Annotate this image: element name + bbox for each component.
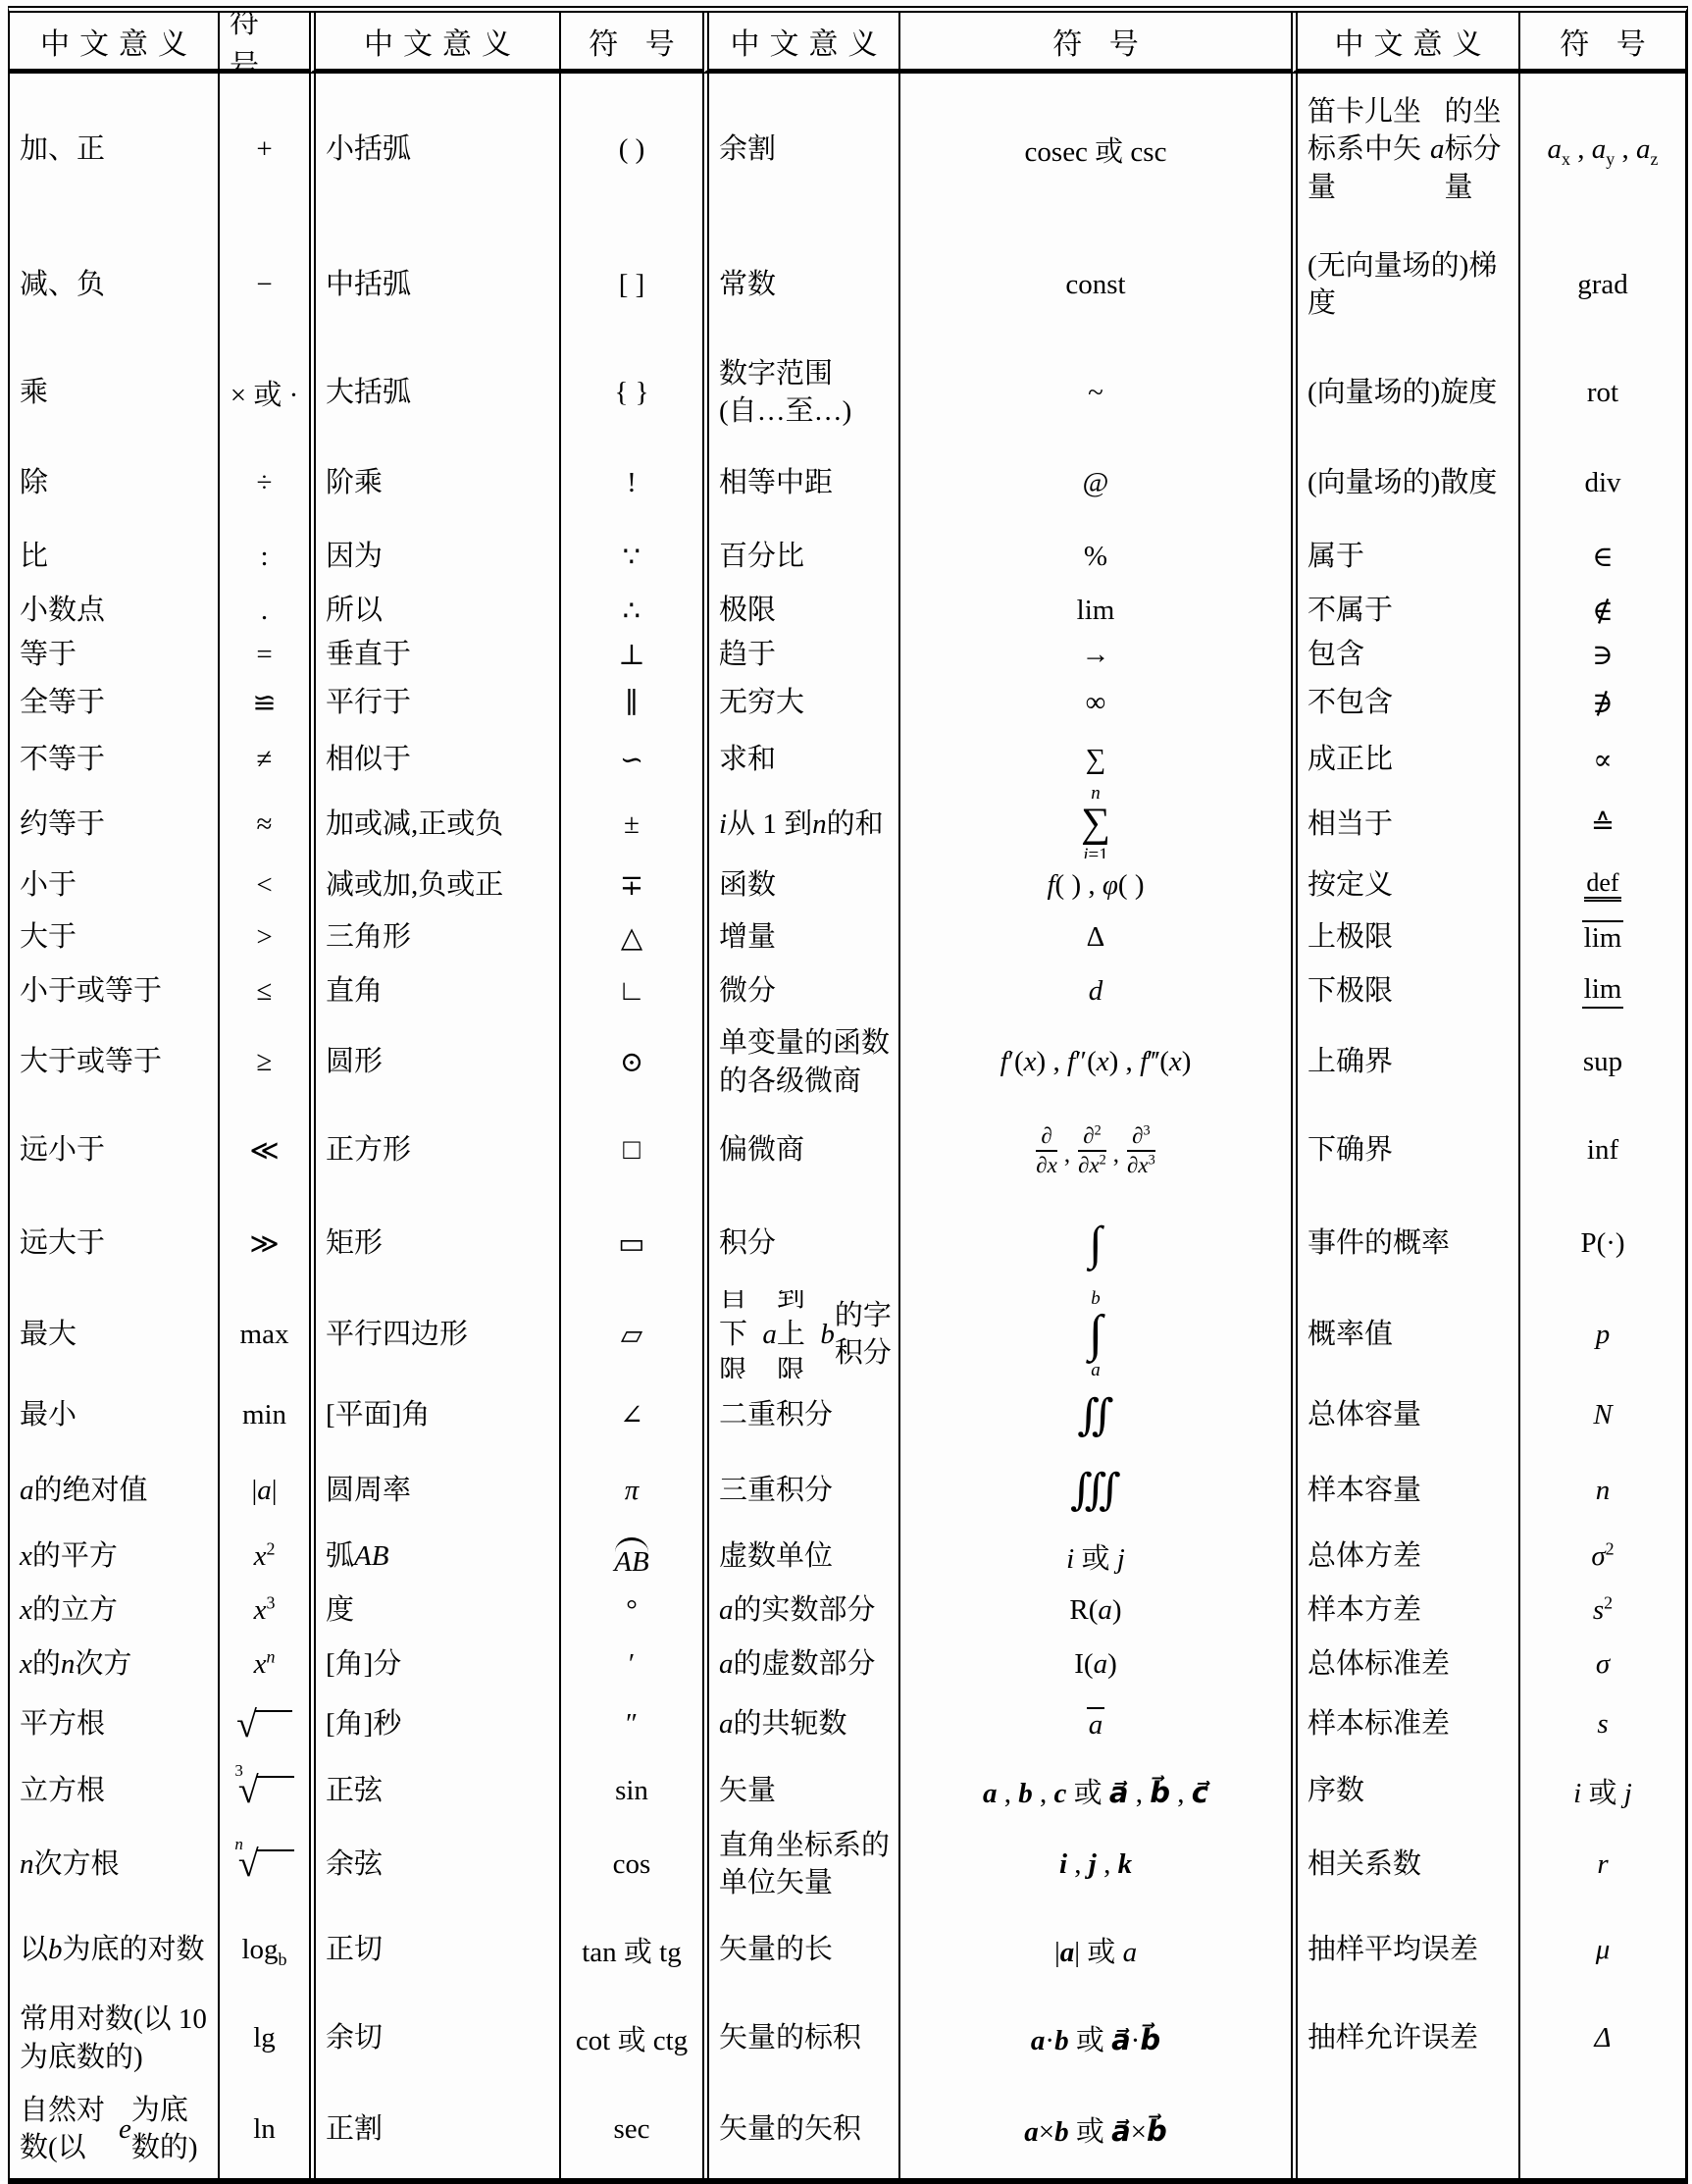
meaning-cell: 自下限 a 到上限 b 的字积分: [702, 1290, 898, 1378]
symbol-cell: ≈: [218, 790, 309, 858]
symbol-cell: p: [1518, 1290, 1685, 1378]
meaning-cell: 抽样允许误差: [1291, 1997, 1518, 2080]
symbol-cell: >: [218, 912, 309, 962]
meaning-cell: 常用对数(以 10 为底数的): [10, 1997, 218, 2080]
radical-symbol: 3√: [234, 1772, 293, 1809]
symbol-text: ∥: [625, 686, 638, 720]
symbol-cell: ▭: [559, 1197, 702, 1290]
symbol-cell: a: [898, 1692, 1291, 1756]
symbol-cell: d: [898, 962, 1291, 1020]
symbol-cell: ≥: [218, 1020, 309, 1104]
meaning-cell: x 的立方: [10, 1585, 218, 1636]
meaning-cell: [平面]角: [309, 1378, 559, 1452]
meaning-cell: 立方根: [10, 1756, 218, 1825]
meaning-cell: a 的绝对值: [10, 1452, 218, 1529]
symbol-text: max: [240, 1319, 289, 1351]
meaning-cell: 远小于: [10, 1104, 218, 1197]
symbol-cell: ∝: [1518, 729, 1685, 790]
meaning-cell: 相关系数: [1291, 1825, 1518, 1903]
meaning-cell: 矢量: [702, 1756, 898, 1825]
meaning-cell: 乘: [10, 343, 218, 442]
symbol-cell: ≫: [218, 1197, 309, 1290]
symbol-cell: grad: [1518, 226, 1685, 343]
symbol-cell: σ: [1518, 1636, 1685, 1692]
symbol-text: p: [1596, 1319, 1611, 1351]
partial-derivative-symbols: ∂∂x,∂2∂x2,∂3∂x3: [1029, 1122, 1162, 1178]
symbol-text: ≥: [257, 1046, 273, 1078]
meaning-cell: 相等中距: [702, 442, 898, 525]
meaning-cell: 样本方差: [1291, 1585, 1518, 1636]
symbol-cell: |a|: [218, 1452, 309, 1529]
meaning-cell: x 的平方: [10, 1529, 218, 1585]
symbol-text: ⊥: [618, 638, 644, 672]
symbol-text: →: [1082, 639, 1110, 671]
symbol-cell: ∈: [1518, 525, 1685, 589]
symbol-cell: °: [559, 1585, 702, 1636]
symbol-text: f′(x) , f″(x) , f‴(x): [1000, 1046, 1192, 1078]
symbol-text: min: [242, 1399, 286, 1431]
symbol-cell: π: [559, 1452, 702, 1529]
symbol-cell: const: [898, 226, 1291, 343]
meaning-cell: 直角: [309, 962, 559, 1020]
meaning-cell: 平行四边形: [309, 1290, 559, 1378]
math-symbols-table: 中文意义符 号中文意义符 号中文意义符 号中文意义符 号加、正+小括弧( )余割…: [8, 6, 1688, 2184]
meaning-cell: 常数: [702, 226, 898, 343]
meaning-cell: 矢量的标积: [702, 1997, 898, 2080]
meaning-cell: 样本容量: [1291, 1452, 1518, 1529]
symbol-text: ( ): [619, 133, 645, 166]
symbol-text: |a|: [251, 1475, 277, 1507]
symbol-text: ▭: [618, 1226, 644, 1261]
symbol-text: Δ: [1087, 921, 1105, 954]
meaning-cell: 无穷大: [702, 677, 898, 729]
meaning-cell: 积分: [702, 1197, 898, 1290]
meaning-cell: 最小: [10, 1378, 218, 1452]
symbol-text: □: [623, 1134, 641, 1167]
meaning-cell: 笛卡儿坐标系中矢量 a 的坐标分量: [1291, 74, 1518, 226]
symbol-text: ≠: [257, 744, 273, 776]
meaning-cell: 远大于: [10, 1197, 218, 1290]
symbol-cell: =: [218, 633, 309, 677]
symbol-cell: Δ: [898, 912, 1291, 962]
symbol-cell: σ2: [1518, 1529, 1685, 1585]
symbol-text: %: [1084, 541, 1107, 573]
symbol-cell: ∫: [898, 1197, 1291, 1290]
symbol-cell: ~: [898, 343, 1291, 442]
symbol-text: cos: [613, 1848, 651, 1881]
symbol-cell: ∞: [898, 677, 1291, 729]
symbol-text: cosec 或 csc: [1025, 130, 1167, 170]
meaning-cell: 圆形: [309, 1020, 559, 1104]
symbol-text: ∵: [623, 540, 641, 574]
symbol-cell: ▱: [559, 1290, 702, 1378]
symbol-text: ≌: [252, 686, 276, 720]
symbol-text: N: [1593, 1399, 1612, 1431]
symbol-text: ≈: [257, 808, 273, 841]
symbol-text: Δ: [1594, 2022, 1611, 2054]
symbol-cell: ∌: [1518, 677, 1685, 729]
symbol-text: :: [260, 541, 268, 573]
symbol-cell: i 或 j: [1518, 1756, 1685, 1825]
symbol-cell: div: [1518, 442, 1685, 525]
meaning-cell: 成正比: [1291, 729, 1518, 790]
meaning-cell: 样本标准差: [1291, 1692, 1518, 1756]
symbol-cell: lg: [218, 1997, 309, 2080]
meaning-cell: 因为: [309, 525, 559, 589]
scanned-document-page: 中文意义符 号中文意义符 号中文意义符 号中文意义符 号加、正+小括弧( )余割…: [0, 0, 1692, 2181]
symbol-cell: def: [1518, 858, 1685, 912]
symbol-cell: ∑: [898, 729, 1291, 790]
meaning-cell: 减或加,负或正: [309, 858, 559, 912]
meaning-cell: 余弦: [309, 1825, 559, 1903]
meaning-cell: 相当于: [1291, 790, 1518, 858]
symbol-text: a·b 或 a⃗·b⃗: [1031, 2018, 1160, 2058]
symbol-cell: ∠: [559, 1378, 702, 1452]
symbol-cell: @: [898, 442, 1291, 525]
meaning-cell: [角]分: [309, 1636, 559, 1692]
symbol-cell: ∥: [559, 677, 702, 729]
symbol-text: △: [621, 920, 642, 955]
symbol-cell: ≪: [218, 1104, 309, 1197]
symbol-cell: Δ: [1518, 1997, 1685, 2080]
symbol-text: R(a): [1069, 1594, 1121, 1627]
symbol-text: sec: [613, 2113, 649, 2146]
meaning-cell: i 从 1 到 n 的和: [702, 790, 898, 858]
meaning-cell: 所以: [309, 589, 559, 633]
def-equals-symbol: def: [1584, 869, 1620, 901]
symbol-cell: □: [559, 1104, 702, 1197]
symbol-text: { }: [614, 377, 648, 409]
symbol-text: tan 或 tg: [582, 1930, 682, 1970]
symbol-text: σ2: [1591, 1540, 1614, 1573]
arc-over-AB-symbol: AB: [614, 1537, 648, 1577]
meaning-cell: 抽样平均误差: [1291, 1903, 1518, 1997]
meaning-cell: a 的共轭数: [702, 1692, 898, 1756]
meaning-cell: 矩形: [309, 1197, 559, 1290]
radical-symbol: √: [236, 1706, 292, 1743]
symbol-text: ≫: [249, 1226, 279, 1261]
symbol-text: sup: [1583, 1046, 1622, 1078]
meaning-cell: 二重积分: [702, 1378, 898, 1452]
symbol-cell: ( ): [559, 74, 702, 226]
meaning-cell: 属于: [1291, 525, 1518, 589]
symbol-text: ≤: [257, 975, 273, 1008]
meaning-cell: 极限: [702, 589, 898, 633]
symbol-cell: .: [218, 589, 309, 633]
column-header: 符 号: [559, 13, 702, 74]
symbol-cell: ∵: [559, 525, 702, 589]
integral-symbol: ∭: [1070, 1469, 1121, 1512]
symbol-text: logb: [241, 1934, 286, 1966]
symbol-cell: xn: [218, 1636, 309, 1692]
meaning-cell: 约等于: [10, 790, 218, 858]
symbol-cell: inf: [1518, 1104, 1685, 1197]
symbol-text: ∞: [1086, 687, 1106, 719]
symbol-cell: ∟: [559, 962, 702, 1020]
symbol-cell: N: [1518, 1378, 1685, 1452]
meaning-cell: 全等于: [10, 677, 218, 729]
stacked-symbol: n∑i=1: [1081, 790, 1110, 858]
meaning-cell: 上确界: [1291, 1020, 1518, 1104]
symbol-text: !: [627, 467, 637, 499]
symbol-text: ≪: [249, 1133, 279, 1168]
symbol-text: ax , ay , az: [1548, 133, 1659, 166]
column-header: 中文意义: [702, 13, 898, 74]
symbol-cell: [ ]: [559, 226, 702, 343]
meaning-cell: 总体方差: [1291, 1529, 1518, 1585]
symbol-text: I(a): [1074, 1648, 1117, 1681]
symbol-cell: μ: [1518, 1903, 1685, 1997]
meaning-cell: 下确界: [1291, 1104, 1518, 1197]
meaning-cell: n 次方根: [10, 1825, 218, 1903]
meaning-cell: 三重积分: [702, 1452, 898, 1529]
symbol-cell: ″: [559, 1692, 702, 1756]
symbol-cell: rot: [1518, 343, 1685, 442]
symbol-text: +: [256, 133, 272, 166]
meaning-cell: 小于或等于: [10, 962, 218, 1020]
symbol-text: ∈: [1592, 540, 1613, 574]
symbol-cell: ′: [559, 1636, 702, 1692]
meaning-cell: 加、正: [10, 74, 218, 226]
column-header: 中文意义: [1291, 13, 1518, 74]
symbol-text: div: [1584, 467, 1620, 499]
symbol-cell: a , b , c 或 a⃗ , b⃗ , c⃗: [898, 1756, 1291, 1825]
symbol-text: <: [256, 869, 272, 902]
symbol-text: ″: [626, 1708, 638, 1741]
symbol-text: ▱: [621, 1318, 642, 1352]
symbol-text: ln: [253, 2113, 276, 2146]
meaning-cell: 下极限: [1291, 962, 1518, 1020]
meaning-cell: 函数: [702, 858, 898, 912]
symbol-text: rot: [1587, 377, 1618, 409]
symbol-cell: cos: [559, 1825, 702, 1903]
meaning-cell: x 的 n 次方: [10, 1636, 218, 1692]
symbol-cell: n∑i=1: [898, 790, 1291, 858]
symbol-text: xn: [254, 1648, 276, 1681]
meaning-cell: 包含: [1291, 633, 1518, 677]
symbol-cell: x3: [218, 1585, 309, 1636]
symbol-cell: x2: [218, 1529, 309, 1585]
meaning-cell: 最大: [10, 1290, 218, 1378]
meaning-cell: 不属于: [1291, 589, 1518, 633]
symbol-cell: △: [559, 912, 702, 962]
symbol-cell: %: [898, 525, 1291, 589]
symbol-cell: ∬: [898, 1378, 1291, 1452]
meaning-cell: 除: [10, 442, 218, 525]
symbol-text: σ: [1596, 1648, 1610, 1681]
meaning-cell: 余切: [309, 1997, 559, 2080]
column-header: 中文意义: [309, 13, 559, 74]
symbol-text: grad: [1577, 269, 1628, 301]
symbol-text: × 或 ·: [231, 373, 299, 413]
meaning-cell: 自然对数(以 e 为底数的): [10, 2080, 218, 2178]
meaning-cell: 总体标准差: [1291, 1636, 1518, 1692]
symbol-cell: ∋: [1518, 633, 1685, 677]
meaning-cell: 加或减,正或负: [309, 790, 559, 858]
symbol-text: =: [256, 639, 272, 671]
meaning-cell: 弧 AB: [309, 1529, 559, 1585]
symbol-cell: n: [1518, 1452, 1685, 1529]
symbol-text: i 或 j: [1066, 1536, 1125, 1577]
symbol-cell: a·b 或 a⃗·b⃗: [898, 1997, 1291, 2080]
symbol-cell: →: [898, 633, 1291, 677]
meaning-cell: 比: [10, 525, 218, 589]
meaning-cell: 矢量的长: [702, 1903, 898, 1997]
symbol-cell: ÷: [218, 442, 309, 525]
symbol-text: ′: [629, 1648, 635, 1681]
meaning-cell: 不等于: [10, 729, 218, 790]
symbol-text: ∋: [1592, 638, 1613, 672]
symbol-cell: ∴: [559, 589, 702, 633]
column-header: 中文意义: [10, 13, 218, 74]
meaning-cell: (向量场的)散度: [1291, 442, 1518, 525]
symbol-text: lim: [1077, 595, 1115, 627]
meaning-cell: 等于: [10, 633, 218, 677]
symbol-text: sin: [615, 1775, 648, 1807]
symbol-text: ⊙: [620, 1045, 643, 1079]
symbol-cell: i 或 j: [898, 1529, 1291, 1585]
symbol-text: n: [1596, 1475, 1611, 1507]
meaning-cell: a 的实数部分: [702, 1585, 898, 1636]
meaning-cell: 大括弧: [309, 343, 559, 442]
meaning-cell: [1291, 2080, 1518, 2178]
meaning-cell: 相似于: [309, 729, 559, 790]
symbol-text: r: [1597, 1848, 1608, 1881]
symbol-cell: lim: [1518, 962, 1685, 1020]
symbol-text: P(·): [1580, 1227, 1624, 1260]
meaning-cell: 三角形: [309, 912, 559, 962]
symbol-text: ∠: [620, 1398, 643, 1432]
meaning-cell: 求和: [702, 729, 898, 790]
symbol-text: μ: [1596, 1934, 1611, 1966]
meaning-cell: 垂直于: [309, 633, 559, 677]
meaning-cell: 余割: [702, 74, 898, 226]
symbol-text: @: [1083, 467, 1109, 499]
symbol-cell: max: [218, 1290, 309, 1378]
symbol-text: a×b 或 a⃗×b⃗: [1024, 2109, 1167, 2150]
symbol-cell: ⊥: [559, 633, 702, 677]
symbol-cell: ax , ay , az: [1518, 74, 1685, 226]
symbol-cell: ∓: [559, 858, 702, 912]
symbol-text: a: [1087, 1707, 1105, 1742]
symbol-cell: ⊙: [559, 1020, 702, 1104]
symbol-text: lg: [253, 2022, 276, 2054]
meaning-cell: 阶乘: [309, 442, 559, 525]
symbol-text: ∑: [1086, 744, 1106, 776]
radical-symbol: n√: [234, 1846, 293, 1883]
symbol-cell: { }: [559, 343, 702, 442]
symbol-cell: n√: [218, 1825, 309, 1903]
symbol-text: x3: [254, 1594, 276, 1627]
meaning-cell: 小于: [10, 858, 218, 912]
symbol-text: i , j , k: [1059, 1848, 1132, 1881]
meaning-cell: 事件的概率: [1291, 1197, 1518, 1290]
symbol-text: ±: [624, 808, 640, 841]
meaning-cell: 总体容量: [1291, 1378, 1518, 1452]
symbol-cell: cosec 或 csc: [898, 74, 1291, 226]
symbol-cell: f( ) , φ( ): [898, 858, 1291, 912]
symbol-cell: sec: [559, 2080, 702, 2178]
symbol-text: d: [1089, 975, 1103, 1008]
meaning-cell: a 的虚数部分: [702, 1636, 898, 1692]
symbol-cell: min: [218, 1378, 309, 1452]
meaning-cell: 正弦: [309, 1756, 559, 1825]
integral-symbol: ∫: [1089, 1221, 1102, 1268]
symbol-cell: P(·): [1518, 1197, 1685, 1290]
stacked-symbol: b∫a: [1089, 1290, 1102, 1378]
symbol-text: ~: [1088, 377, 1103, 409]
symbol-text: >: [256, 921, 272, 954]
symbol-text: const: [1065, 269, 1125, 301]
symbol-cell: cot 或 ctg: [559, 1997, 702, 2080]
symbol-text: ∟: [618, 975, 645, 1008]
meaning-cell: 概率值: [1291, 1290, 1518, 1378]
column-header: 符 号: [218, 13, 309, 74]
meaning-cell: 小括弧: [309, 74, 559, 226]
symbol-text: f( ) , φ( ): [1047, 869, 1144, 902]
symbol-cell: ≌: [218, 677, 309, 729]
symbol-cell: s2: [1518, 1585, 1685, 1636]
symbol-text: x2: [254, 1540, 276, 1573]
meaning-cell: 减、负: [10, 226, 218, 343]
meaning-cell: 不包含: [1291, 677, 1518, 729]
symbol-cell: ±: [559, 790, 702, 858]
symbol-cell: |a| 或 a: [898, 1903, 1291, 1997]
symbol-cell: lim: [1518, 912, 1685, 962]
meaning-cell: 圆周率: [309, 1452, 559, 1529]
symbol-text: |a| 或 a: [1054, 1930, 1137, 1970]
symbol-cell: sup: [1518, 1020, 1685, 1104]
symbol-text: cot 或 ctg: [576, 2018, 688, 2058]
symbol-text: lim: [1582, 920, 1624, 955]
symbol-cell: 3√: [218, 1756, 309, 1825]
meaning-cell: [角]秒: [309, 1692, 559, 1756]
symbol-text: inf: [1587, 1134, 1618, 1167]
symbol-cell: r: [1518, 1825, 1685, 1903]
meaning-cell: 度: [309, 1585, 559, 1636]
meaning-cell: 按定义: [1291, 858, 1518, 912]
meaning-cell: 微分: [702, 962, 898, 1020]
symbol-text: [ ]: [619, 269, 645, 301]
symbol-text: ∓: [620, 868, 643, 903]
symbol-text: ∽: [620, 743, 643, 777]
symbol-cell: <: [218, 858, 309, 912]
meaning-cell: 大于或等于: [10, 1020, 218, 1104]
symbol-cell: ∂∂x,∂2∂x2,∂3∂x3: [898, 1104, 1291, 1197]
symbol-cell: ∭: [898, 1452, 1291, 1529]
symbol-text: ∝: [1593, 743, 1613, 777]
symbol-cell: ≤: [218, 962, 309, 1020]
symbol-cell: ∉: [1518, 589, 1685, 633]
meaning-cell: 直角坐标系的单位矢量: [702, 1825, 898, 1903]
symbol-cell: ln: [218, 2080, 309, 2178]
meaning-cell: 小数点: [10, 589, 218, 633]
symbol-text: −: [256, 269, 272, 301]
meaning-cell: 单变量的函数的各级微商: [702, 1020, 898, 1104]
symbol-cell: × 或 ·: [218, 343, 309, 442]
symbol-cell: [1518, 2080, 1685, 2178]
meaning-cell: 趋于: [702, 633, 898, 677]
symbol-cell: f′(x) , f″(x) , f‴(x): [898, 1020, 1291, 1104]
symbol-text: s: [1597, 1708, 1608, 1741]
symbol-cell: AB: [559, 1529, 702, 1585]
meaning-cell: 偏微商: [702, 1104, 898, 1197]
symbol-cell: R(a): [898, 1585, 1291, 1636]
symbol-cell: tan 或 tg: [559, 1903, 702, 1997]
symbol-text: i 或 j: [1573, 1771, 1632, 1811]
symbol-text: π: [625, 1475, 640, 1507]
meaning-cell: 正切: [309, 1903, 559, 1997]
